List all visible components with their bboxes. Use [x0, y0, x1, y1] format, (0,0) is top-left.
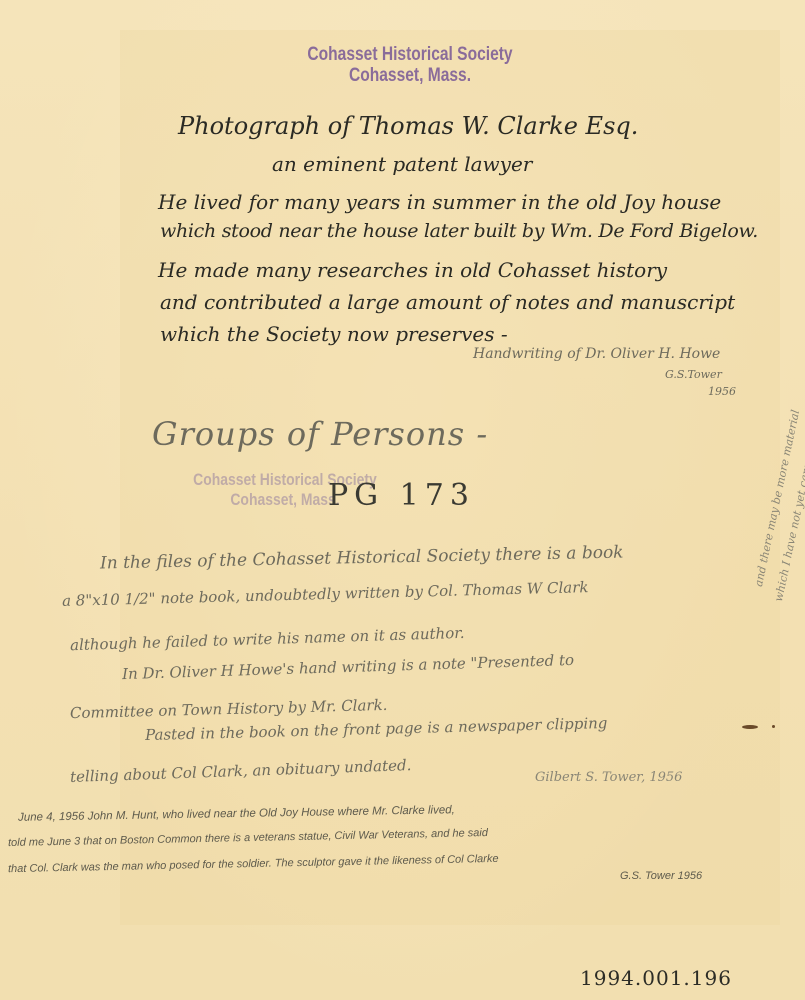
society-stamp-top: Cohasset Historical Society Cohasset, Ma…: [303, 44, 516, 86]
ink-line-2: which stood near the house later built b…: [160, 220, 758, 242]
stain-mark: [742, 725, 758, 729]
ink-line-1: He lived for many years in summer in the…: [158, 190, 721, 214]
accession-number: 1994.001.196: [580, 966, 732, 990]
attribution-tower: G.S.Tower: [665, 368, 722, 381]
page-reference: PG 173: [328, 478, 475, 513]
ink-line-3: He made many researches in old Cohasset …: [158, 258, 667, 282]
document-subtitle: an eminent patent lawyer: [272, 152, 532, 176]
attribution-gilbert-tower: Gilbert S. Tower, 1956: [535, 770, 682, 785]
category-label: Groups of Persons -: [152, 415, 488, 453]
stamp-line-1: Cohasset Historical Society: [303, 44, 516, 65]
document-title: Photograph of Thomas W. Clarke Esq.: [178, 112, 638, 140]
attribution-howe: Handwriting of Dr. Oliver H. Howe: [473, 346, 720, 362]
stain-dot: [772, 725, 775, 728]
attribution-year: 1956: [708, 385, 736, 398]
ink-line-5: which the Society now preserves -: [160, 322, 508, 346]
stamp-line-2: Cohasset, Mass.: [303, 65, 516, 86]
ink-line-4: and contributed a large amount of notes …: [160, 290, 735, 314]
attribution-gs-tower: G.S. Tower 1956: [620, 870, 702, 882]
